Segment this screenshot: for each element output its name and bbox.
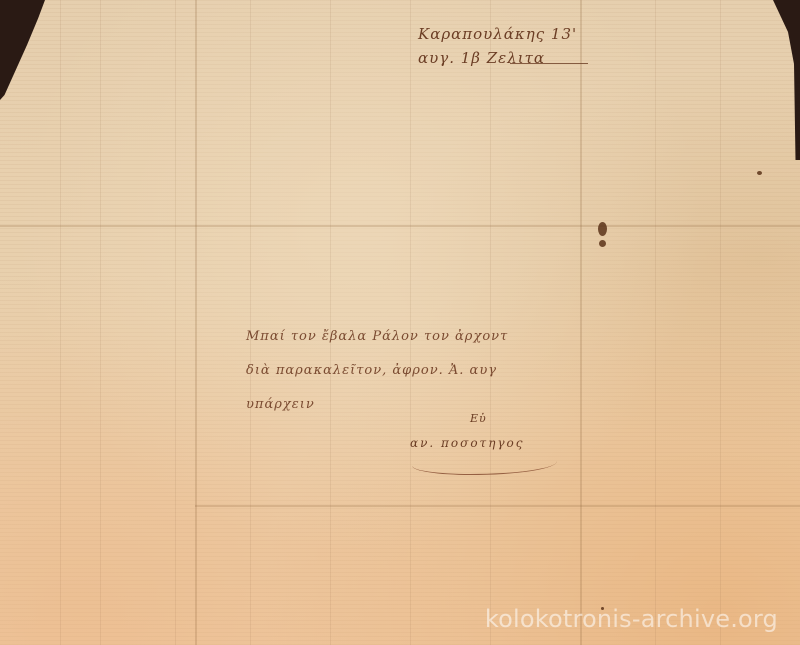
fold-crease-vertical (580, 0, 582, 645)
fold-crease-horizontal (195, 505, 800, 507)
archive-watermark: kolokotronis-archive.org (485, 605, 778, 633)
chain-line (175, 0, 176, 645)
chain-line (720, 0, 721, 645)
ink-stain (599, 240, 606, 247)
header-note-line1: Καραπουλάκης 13' (418, 25, 577, 43)
signature: αν. ποσοτηγος (410, 436, 525, 450)
chain-line (100, 0, 101, 645)
body-line-2: διὰ παρακαλεῖτον, ἀφρον. Ἀ. αυγ (246, 354, 508, 388)
body-line-3: υπάρχειν (246, 388, 508, 422)
chain-line (60, 0, 61, 645)
letter-body: Μπαί τον ἔβαλα Ράλον τον ἀρχοντ διὰ παρα… (246, 320, 508, 422)
closing-prefix: Εὐ (470, 412, 487, 425)
header-underline (510, 63, 588, 64)
header-note-line2: αυγ. 1β Ζελιτα (418, 46, 577, 70)
ink-spot (757, 171, 762, 175)
fold-crease-horizontal (0, 225, 800, 227)
ink-stain (598, 222, 607, 236)
body-line-1: Μπαί τον ἔβαλα Ράλον τον ἀρχοντ (246, 320, 508, 354)
chain-line (655, 0, 656, 645)
fold-crease-vertical (195, 0, 197, 645)
